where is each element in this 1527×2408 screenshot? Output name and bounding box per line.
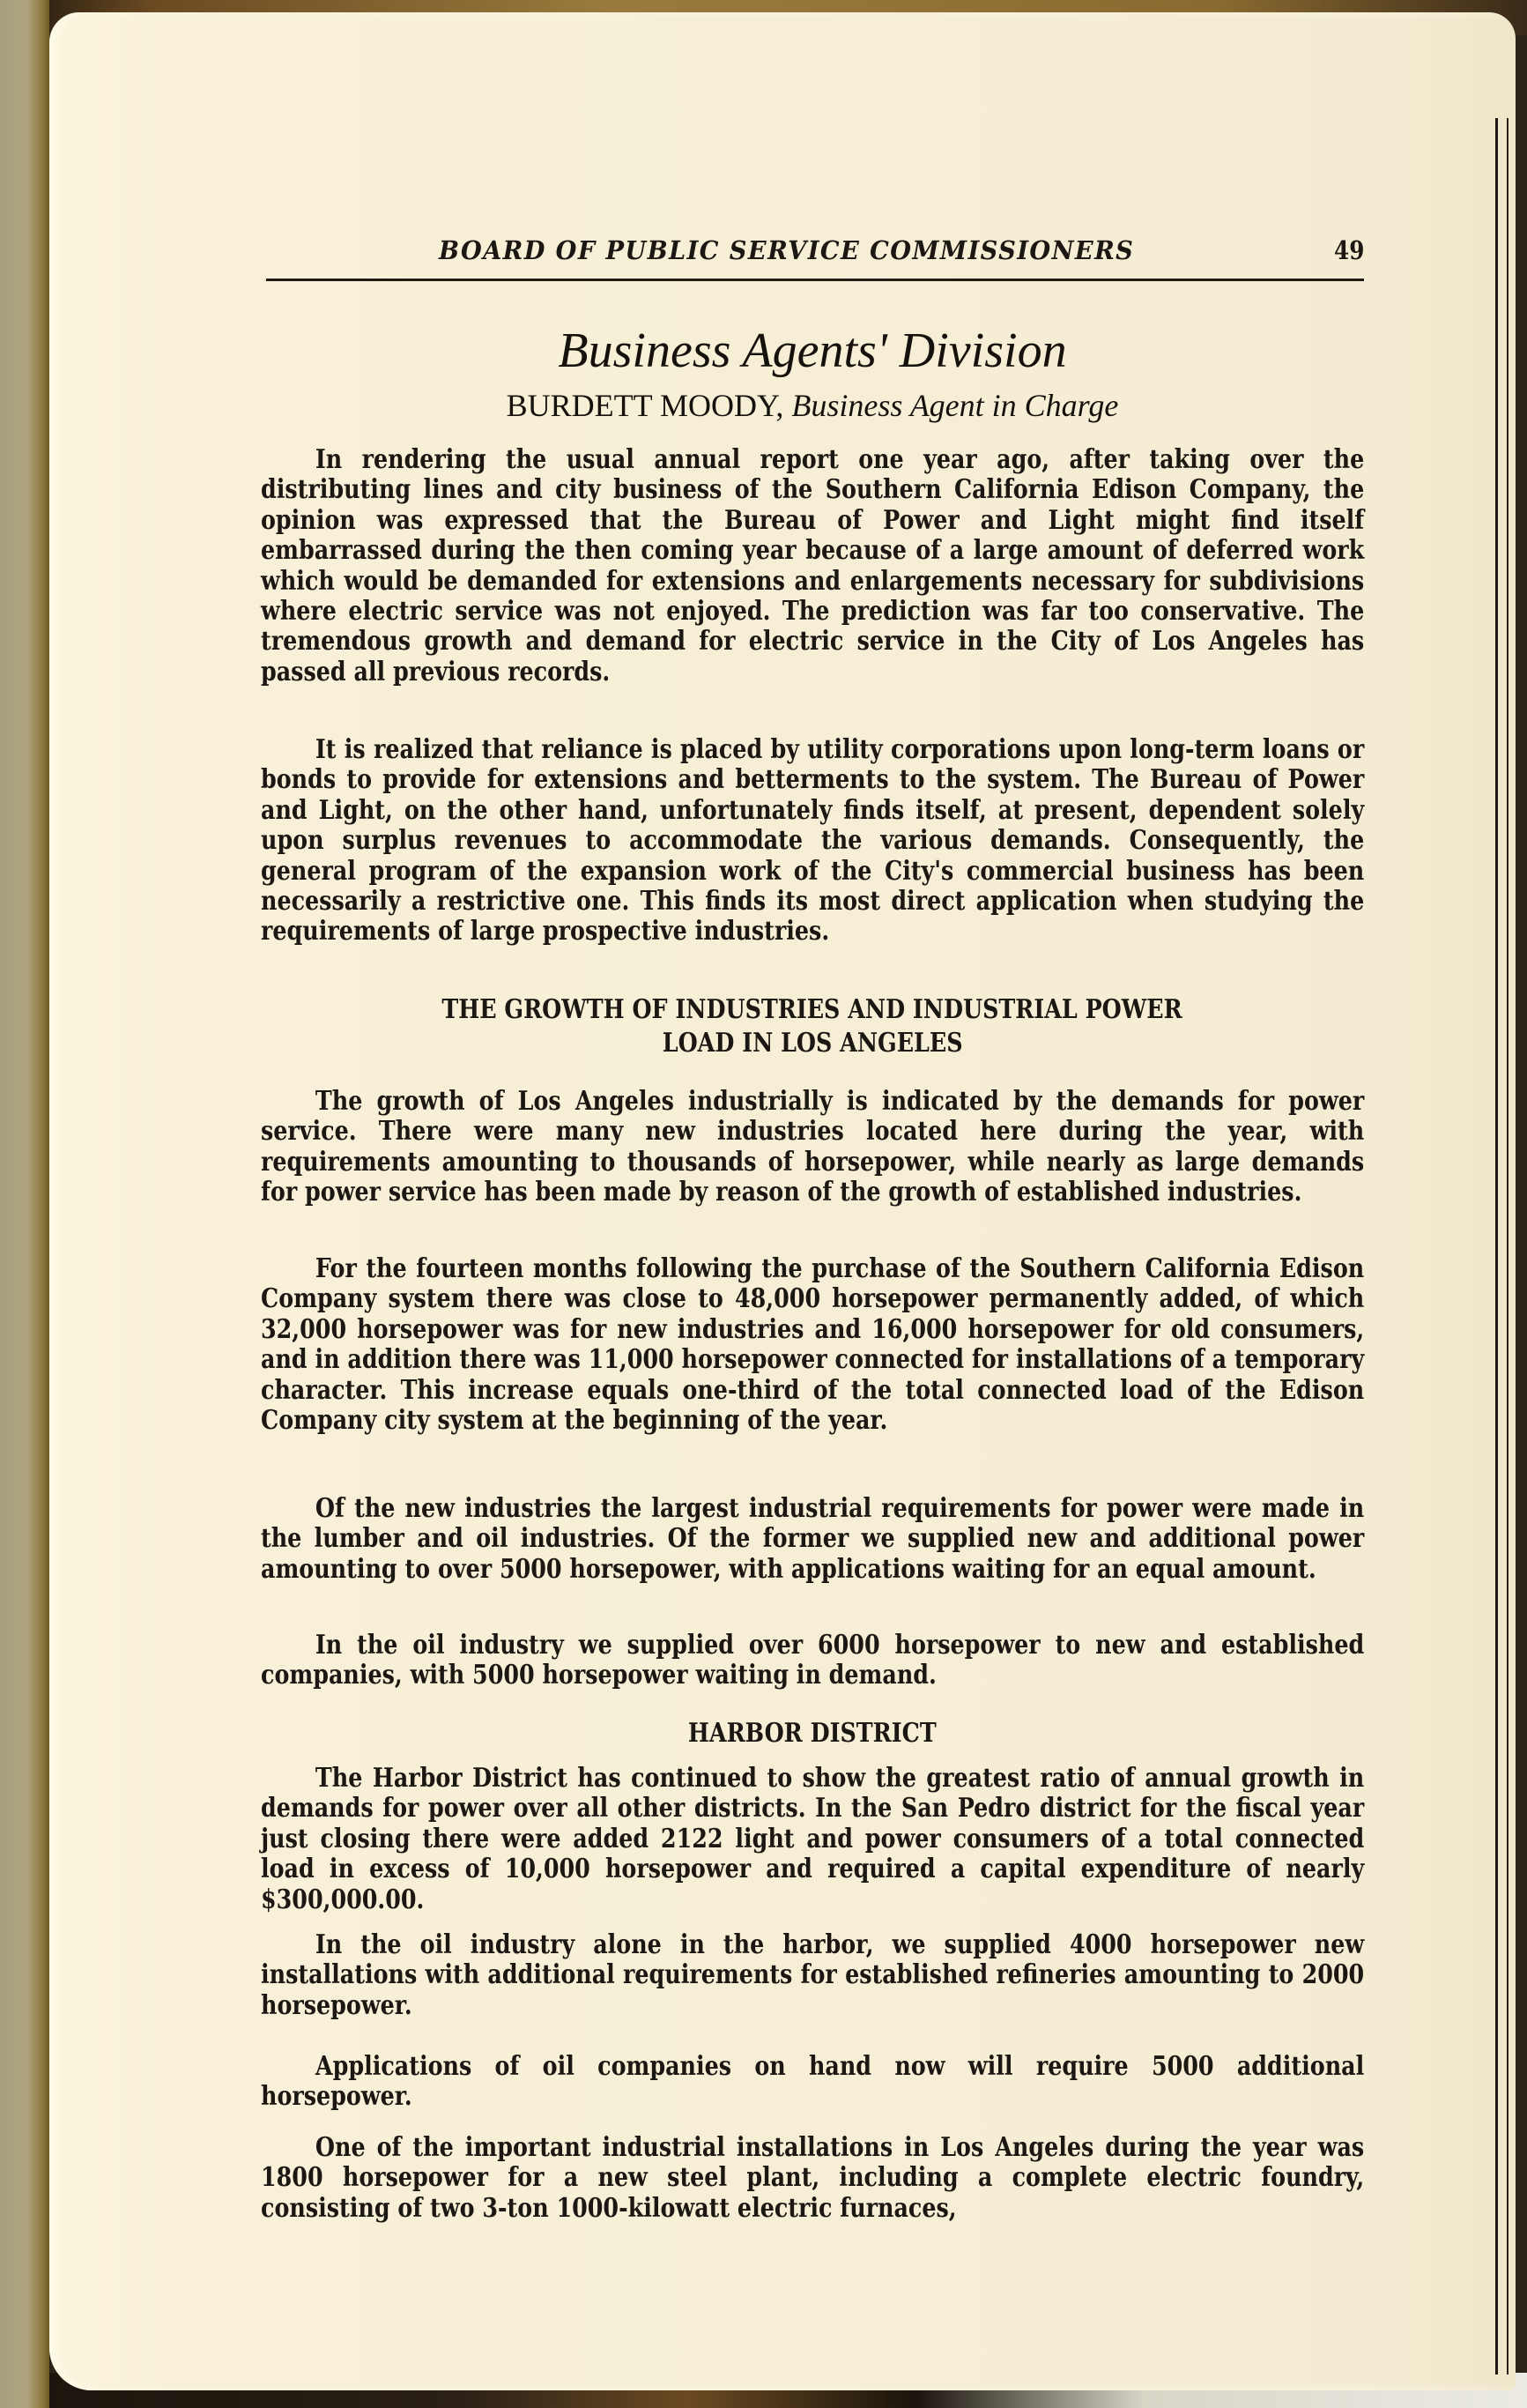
- paragraph-text: One of the important industrial installa…: [261, 2132, 1364, 2223]
- division-title: Business Agents' Division: [261, 323, 1364, 379]
- running-head: BOARD OF PUBLIC SERVICE COMMISSIONERS 49: [261, 235, 1364, 271]
- paragraph-1: In rendering the usual annual report one…: [261, 444, 1364, 687]
- paragraph-8: In the oil industry alone in the harbor,…: [261, 1929, 1364, 2020]
- section-heading-harbor: HARBOR DISTRICT: [261, 1716, 1364, 1750]
- page-number: 49: [1334, 235, 1364, 265]
- page-edge-lines: [1495, 118, 1508, 2375]
- header-rule: [266, 279, 1364, 281]
- agent-role: Business Agent in Charge: [791, 388, 1118, 423]
- agent-name: BURDETT MOODY,: [507, 388, 784, 423]
- paragraph-text: The growth of Los Angeles industrially i…: [261, 1086, 1364, 1208]
- paragraph-3: The growth of Los Angeles industrially i…: [261, 1086, 1364, 1208]
- paragraph-text: In rendering the usual annual report one…: [261, 444, 1364, 687]
- paragraph-text: In the oil industry we supplied over 600…: [261, 1630, 1364, 1691]
- running-head-title: BOARD OF PUBLIC SERVICE COMMISSIONERS: [439, 235, 1134, 265]
- book-spine: [0, 0, 49, 2408]
- division-subtitle: BURDETT MOODY, Business Agent in Charge: [261, 387, 1364, 424]
- paragraph-text: For the fourteen months following the pu…: [261, 1253, 1364, 1435]
- paragraph-text: Applications of oil companies on hand no…: [261, 2051, 1364, 2112]
- book-page: BOARD OF PUBLIC SERVICE COMMISSIONERS 49…: [49, 12, 1516, 2390]
- paragraph-9: Applications of oil companies on hand no…: [261, 2051, 1364, 2112]
- section-heading-growth: THE GROWTH OF INDUSTRIES AND INDUSTRIAL …: [261, 992, 1364, 1059]
- paragraph-text: Of the new industries the largest indust…: [261, 1493, 1364, 1584]
- section-heading-line: THE GROWTH OF INDUSTRIES AND INDUSTRIAL …: [442, 992, 1182, 1026]
- paragraph-text: In the oil industry alone in the harbor,…: [261, 1929, 1364, 2020]
- section-heading-line: HARBOR DISTRICT: [688, 1716, 937, 1750]
- paragraph-6: In the oil industry we supplied over 600…: [261, 1630, 1364, 1691]
- section-heading-line: LOAD IN LOS ANGELES: [663, 1026, 963, 1059]
- paragraph-7: The Harbor District has continued to sho…: [261, 1763, 1364, 1914]
- paragraph-4: For the fourteen months following the pu…: [261, 1253, 1364, 1435]
- paragraph-5: Of the new industries the largest indust…: [261, 1493, 1364, 1584]
- paragraph-text: The Harbor District has continued to sho…: [261, 1763, 1364, 1914]
- paragraph-10: One of the important industrial installa…: [261, 2132, 1364, 2223]
- paragraph-2: It is realized that reliance is placed b…: [261, 734, 1364, 947]
- paragraph-text: It is realized that reliance is placed b…: [261, 734, 1364, 947]
